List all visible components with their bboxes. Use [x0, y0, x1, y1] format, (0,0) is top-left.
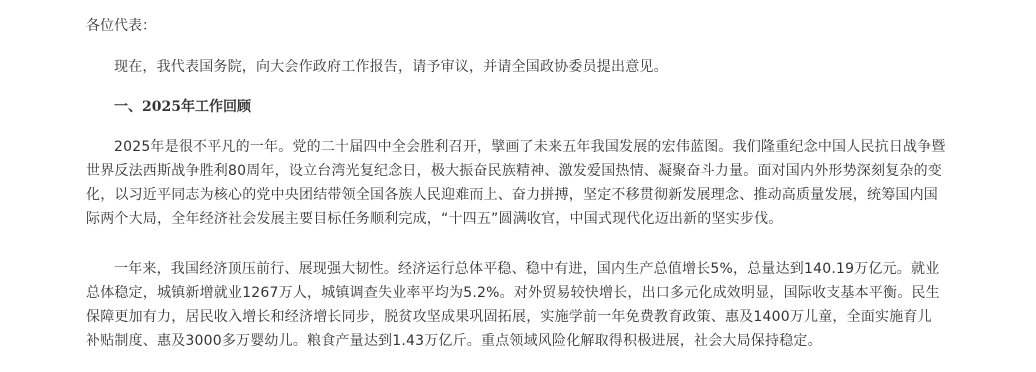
salutation: 各位代表：: [86, 14, 156, 38]
intro-paragraph: 现在，我代表国务院，向大会作政府工作报告，请予审议，并请全国政协委员提出意见。: [86, 55, 946, 79]
paragraph-economy-review: 一年来，我国经济顶压前行、展现强大韧性。经济运行总体平稳、稳中有进，国内生产总值…: [86, 257, 946, 353]
section-heading: 一、2025年工作回顾: [114, 95, 251, 119]
paragraph-2025-overview: 2025年是很不平凡的一年。党的二十届四中全会胜利召开，擘画了未来五年我国发展的…: [86, 135, 946, 231]
